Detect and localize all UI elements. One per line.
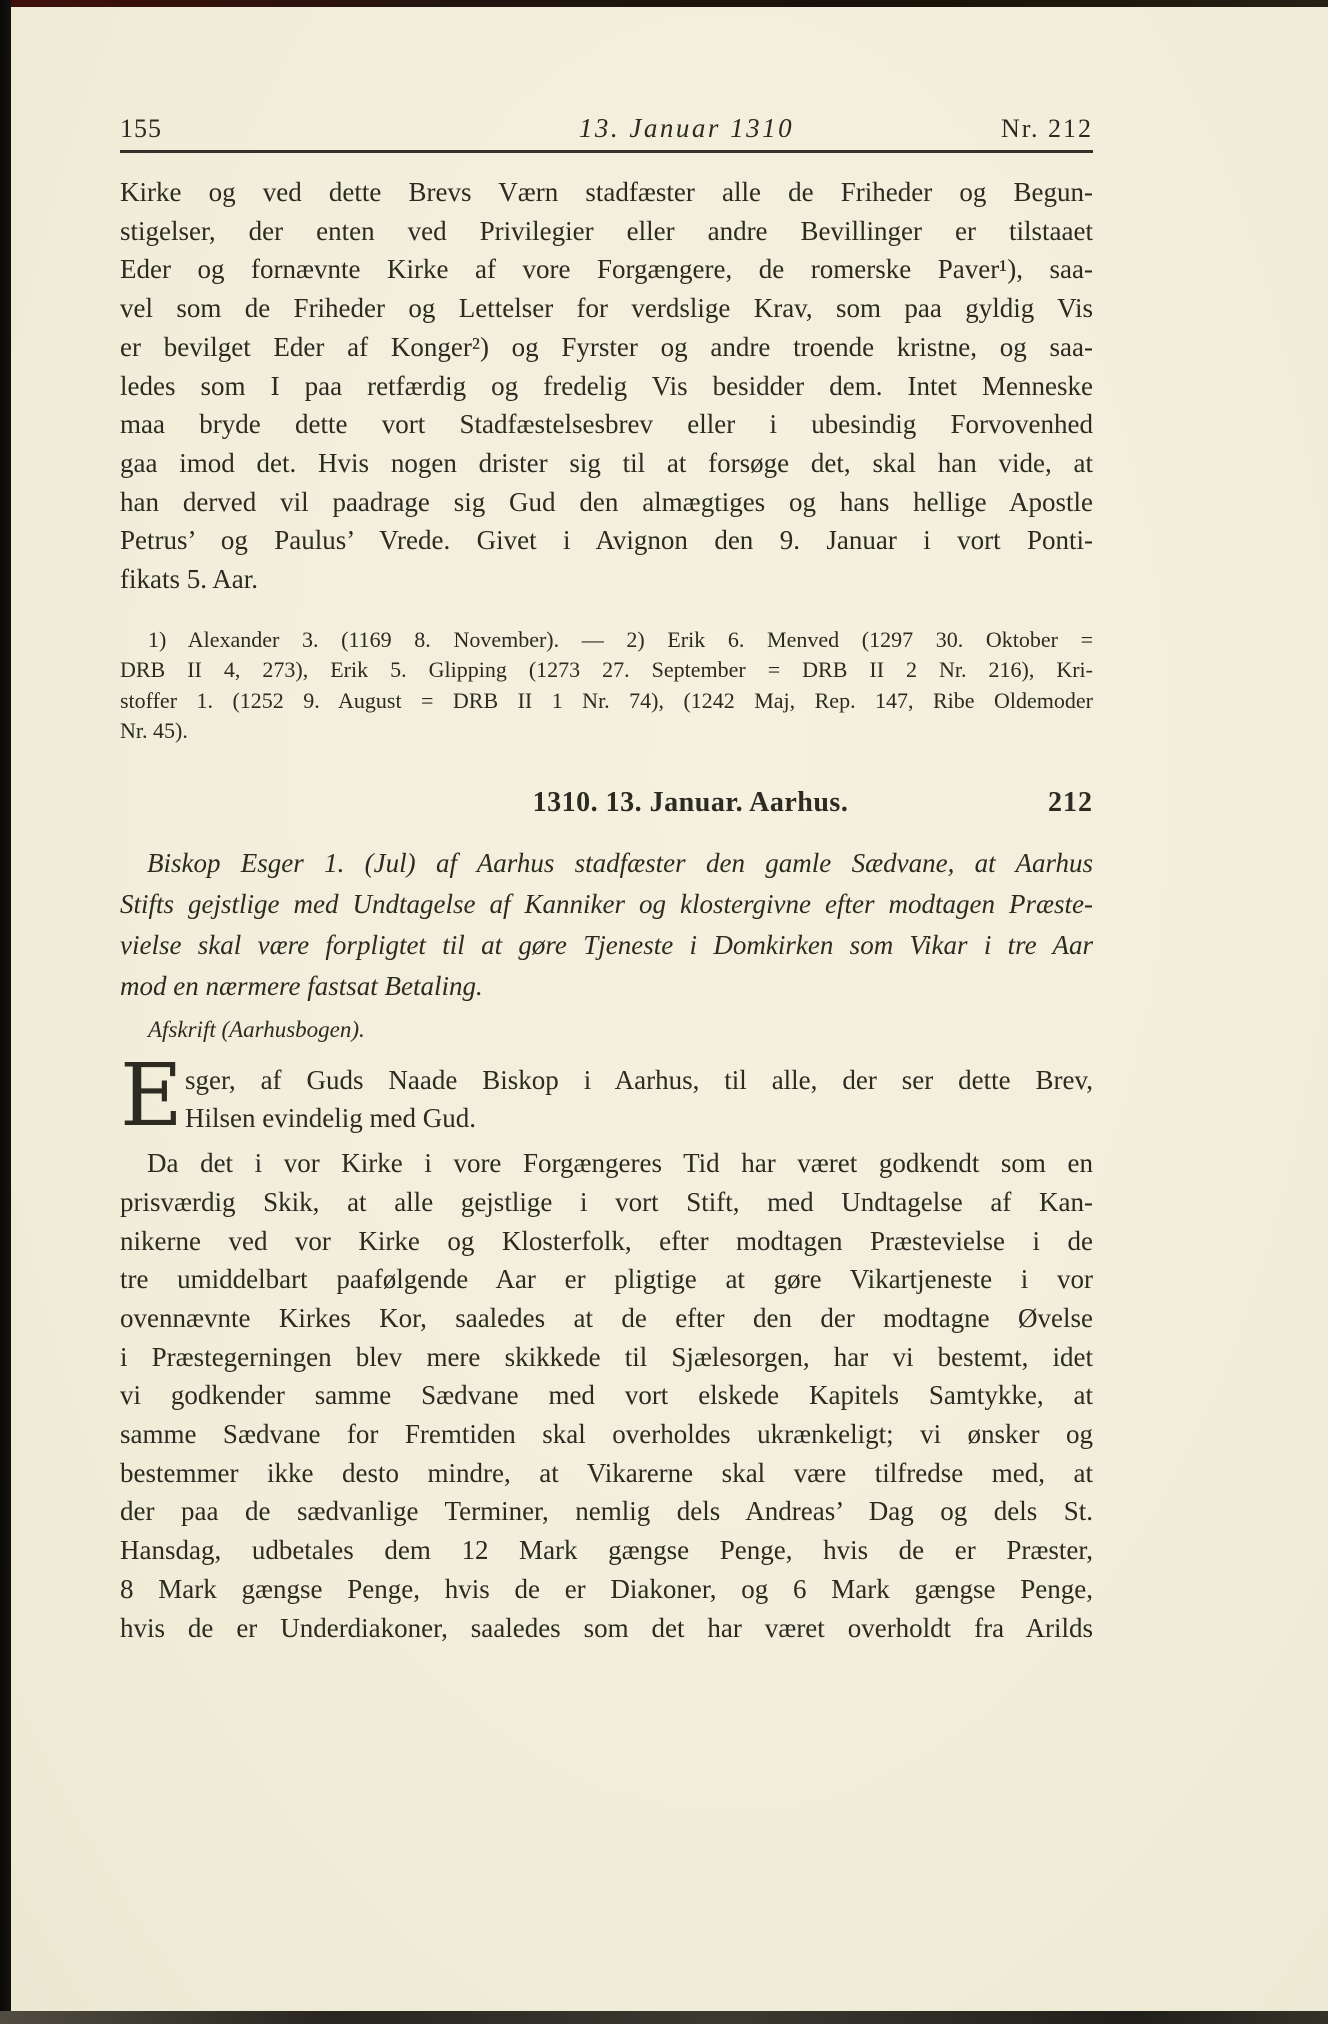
- source-note: Afskrift (Aarhusbogen).: [120, 1015, 1093, 1045]
- text-line: Nr. 45).: [120, 716, 1093, 747]
- text-line: ovennævnte Kirkes Kor, saaledes at de ef…: [120, 1299, 1093, 1338]
- dropcap-initial: E: [120, 1056, 183, 1136]
- text-line: Da det i vor Kirke i vore Forgængeres Ti…: [120, 1144, 1093, 1183]
- text-line: maa bryde dette vort Stadfæstelsesbrev e…: [120, 405, 1093, 444]
- text-line: mod en nærmere fastsat Betaling.: [120, 966, 1093, 1007]
- text-line: sger, af Guds Naade Biskop i Aarhus, til…: [185, 1061, 1093, 1100]
- text-line: 8 Mark gængse Penge, hvis de er Diakoner…: [120, 1570, 1093, 1609]
- text-line: han derved vil paadrage sig Gud den almæ…: [120, 483, 1093, 522]
- text-line: Hansdag, udbetales dem 12 Mark gængse Pe…: [120, 1531, 1093, 1570]
- text-line: hvis de er Underdiakoner, saaledes som d…: [120, 1609, 1093, 1648]
- text-line: Petrus’ og Paulus’ Vrede. Givet i Avigno…: [120, 521, 1093, 560]
- text-line: vielse skal være forpligtet til at gøre …: [120, 925, 1093, 966]
- text-line: stoffer 1. (1252 9. August = DRB II 1 Nr…: [120, 686, 1093, 717]
- running-title: 13. Januar 1310: [579, 113, 794, 144]
- continuation-paragraph: Kirke og ved dette Brevs Værn stadfæster…: [120, 173, 1093, 599]
- text-line: er bevilget Eder af Konger²) og Fyrster …: [120, 328, 1093, 367]
- text-line: Hilsen evindelig med Gud.: [185, 1099, 1093, 1138]
- text-line: gaa imod det. Hvis nogen drister sig til…: [120, 444, 1093, 483]
- entry-number: 212: [1048, 787, 1093, 819]
- page-number: 155: [120, 114, 162, 144]
- text-line: Kirke og ved dette Brevs Værn stadfæster…: [120, 173, 1093, 212]
- text-line: tre umiddelbart paafølgende Aar er pligt…: [120, 1260, 1093, 1299]
- text-line: Stifts gejstlige med Undtagelse af Kanni…: [120, 884, 1093, 925]
- text-line: prisværdig Skik, at alle gejstlige i vor…: [120, 1183, 1093, 1222]
- page-content: 155 13. Januar 1310 Nr. 212 Kirke og ved…: [0, 0, 1328, 1647]
- text-line: vel som de Friheder og Lettelser for ver…: [120, 289, 1093, 328]
- text-line: bestemmer ikke desto mindre, at Vikarern…: [120, 1454, 1093, 1493]
- page-header: 155 13. Januar 1310 Nr. 212: [120, 108, 1093, 144]
- body-paragraph: Da det i vor Kirke i vore Forgængeres Ti…: [120, 1144, 1093, 1647]
- salutation-block: E sger, af Guds Naade Biskop i Aarhus, t…: [120, 1061, 1093, 1138]
- text-line: nikerne ved vor Kirke og Klosterfolk, ef…: [120, 1222, 1093, 1261]
- text-line: 1) Alexander 3. (1169 8. November). — 2)…: [120, 625, 1093, 656]
- header-rule: [120, 150, 1093, 153]
- text-line: DRB II 4, 273), Erik 5. Glipping (1273 2…: [120, 655, 1093, 686]
- text-line: der paa de sædvanlige Terminer, nemlig d…: [120, 1492, 1093, 1531]
- scanned-book-page: 155 13. Januar 1310 Nr. 212 Kirke og ved…: [0, 0, 1328, 2024]
- document-number: Nr. 212: [1001, 114, 1093, 144]
- text-line: vi godkender samme Sædvane med vort elsk…: [120, 1376, 1093, 1415]
- entry-date-place: 1310. 13. Januar. Aarhus.: [533, 787, 849, 819]
- text-line: ledes som I paa retfærdig og fredelig Vi…: [120, 367, 1093, 406]
- footnote-block: 1) Alexander 3. (1169 8. November). — 2)…: [120, 625, 1093, 747]
- text-line: Eder og fornævnte Kirke af vore Forgænge…: [120, 250, 1093, 289]
- text-line: stigelser, der enten ved Privilegier ell…: [120, 212, 1093, 251]
- text-line: i Præstegerningen blev mere skikkede til…: [120, 1338, 1093, 1377]
- text-line: fikats 5. Aar.: [120, 560, 1093, 599]
- text-line: samme Sædvane for Fremtiden skal overhol…: [120, 1415, 1093, 1454]
- entry-heading: 1310. 13. Januar. Aarhus. 212: [120, 785, 1093, 819]
- text-line: Biskop Esger 1. (Jul) af Aarhus stadfæst…: [120, 843, 1093, 884]
- summary-paragraph: Biskop Esger 1. (Jul) af Aarhus stadfæst…: [120, 843, 1093, 1007]
- salutation-paragraph: sger, af Guds Naade Biskop i Aarhus, til…: [185, 1061, 1093, 1138]
- page-edge-bottom: [0, 2011, 1328, 2024]
